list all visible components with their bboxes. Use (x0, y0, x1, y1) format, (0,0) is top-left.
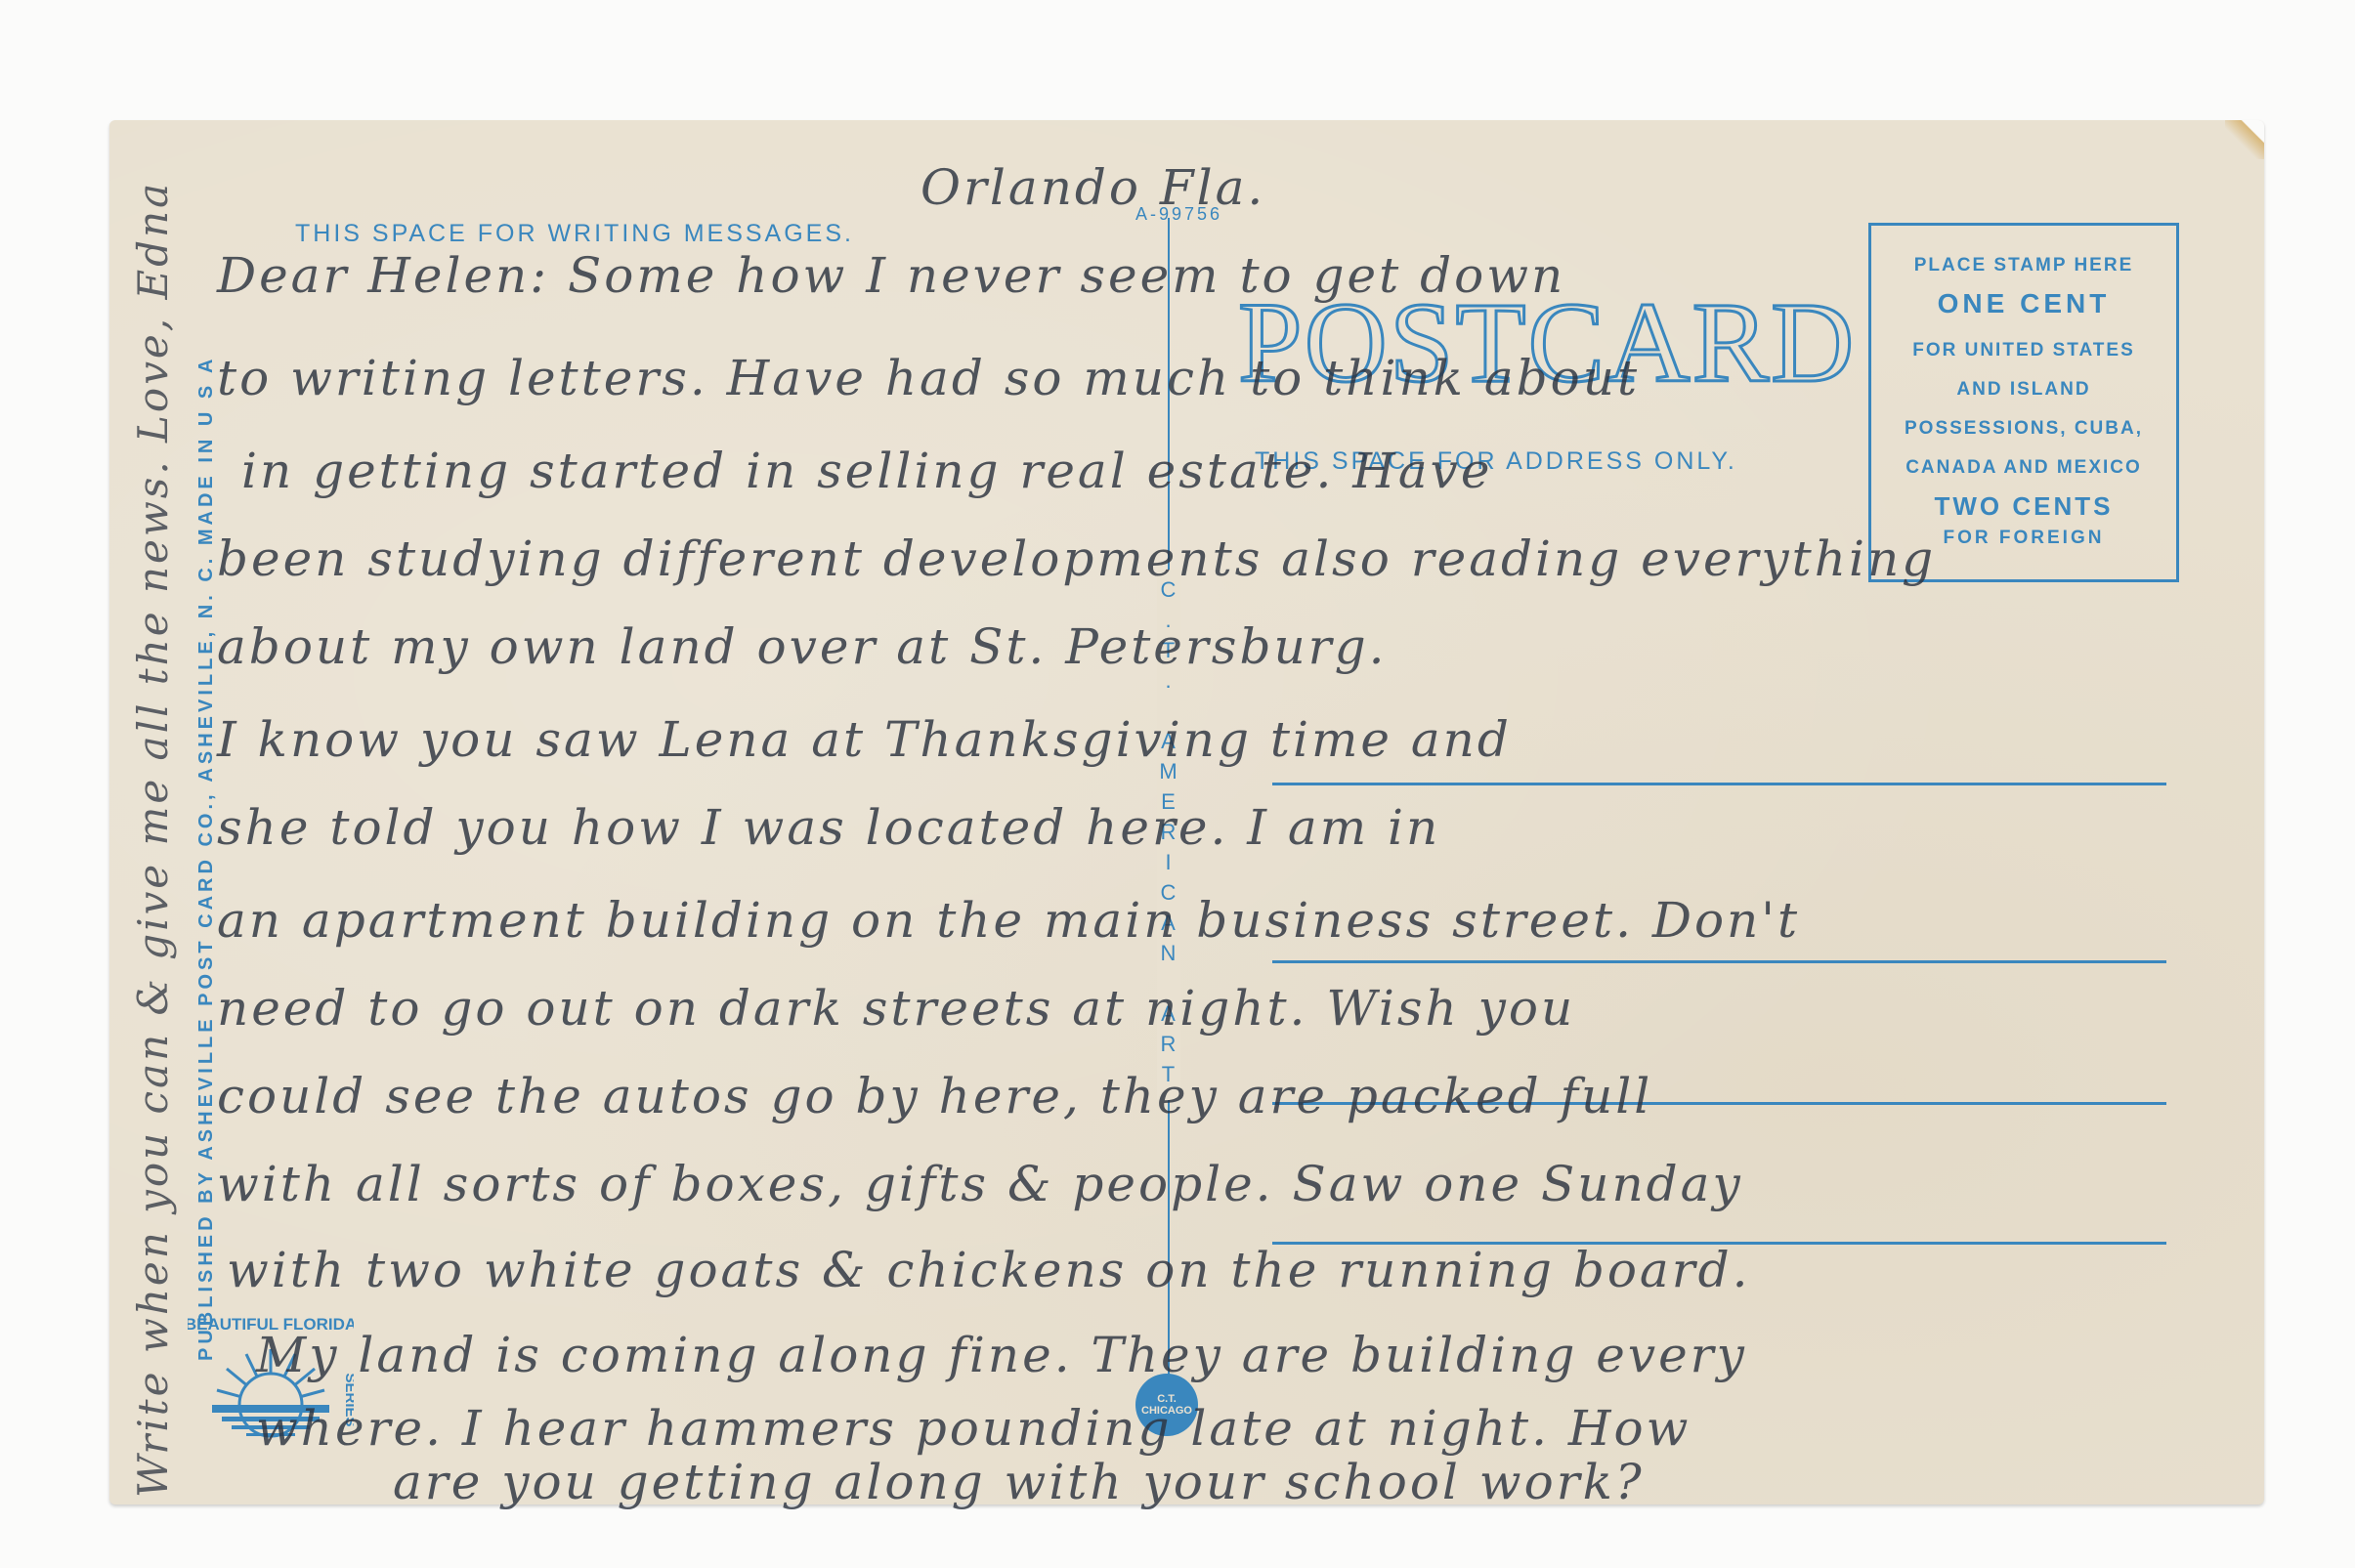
message-space-header: THIS SPACE FOR WRITING MESSAGES. (295, 220, 854, 248)
publisher-imprint: PUBLISHED BY ASHEVILLE POST CARD CO., AS… (195, 189, 218, 1361)
handwritten-line: Orlando Fla. (921, 159, 1265, 216)
handwritten-line: about my own land over at St. Petersburg… (217, 618, 1387, 675)
stamp-line-5: POSSESSIONS, CUBA, (1905, 409, 2143, 448)
address-line (1272, 960, 2166, 963)
postcard-back: PUBLISHED BY ASHEVILLE POST CARD CO., AS… (109, 120, 2264, 1504)
stamp-box: PLACE STAMP HERE ONE CENT FOR UNITED STA… (1868, 223, 2179, 582)
stamp-line: PLACE STAMP HERE (1914, 255, 2134, 276)
handwritten-line: with two white goats & chickens on the r… (227, 1242, 1751, 1298)
stamp-line: FOR FOREIGN (1944, 528, 2105, 549)
address-line (1272, 783, 2166, 785)
handwritten-line: in getting started in selling real estat… (241, 443, 1492, 499)
handwritten-line: need to go out on dark streets at night.… (217, 980, 1575, 1037)
stamp-line-6: CANADA AND MEXICO (1905, 448, 2143, 487)
handwritten-line: to writing letters. Have had so much to … (217, 350, 1640, 406)
handwritten-line: she told you how I was located here. I a… (217, 799, 1440, 856)
handwritten-line: Dear Helen: Some how I never seem to get… (217, 247, 1565, 304)
handwritten-line: are you getting along with your school w… (393, 1454, 1645, 1510)
margin-handwritten-note: Write when you can & give me all the new… (129, 179, 177, 1498)
handwritten-line: I know you saw Lena at Thanksgiving time… (217, 711, 1512, 768)
stamp-line: ONE CENT (1938, 288, 2111, 319)
handwritten-line: been studying different developments als… (217, 530, 1936, 587)
handwritten-line: My land is coming along fine. They are b… (256, 1327, 1747, 1383)
stamp-line-4: AND ISLAND (1905, 370, 2143, 409)
handwritten-line: with all sorts of boxes, gifts & people.… (217, 1156, 1743, 1212)
stamp-line-3: FOR UNITED STATES (1905, 331, 2143, 370)
stamp-line: TWO CENTS (1935, 491, 2114, 522)
stamp-line: FOR UNITED STATES AND ISLAND POSSESSIONS… (1905, 331, 2143, 487)
handwritten-line: where. I hear hammers pounding late at n… (256, 1400, 1691, 1457)
handwritten-line: could see the autos go by here, they are… (217, 1068, 1652, 1124)
handwritten-line: an apartment building on the main busine… (217, 892, 1800, 949)
